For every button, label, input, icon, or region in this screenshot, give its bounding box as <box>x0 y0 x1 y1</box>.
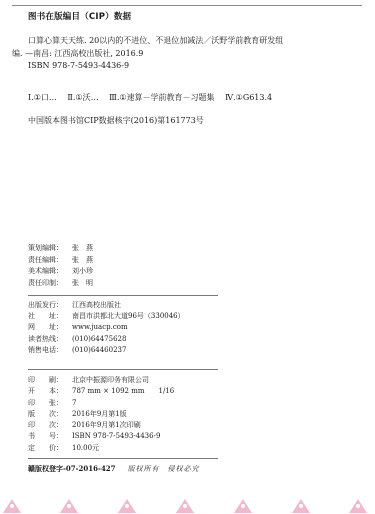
cip-isbn: ISBN 978-7-5493-4436-9 <box>12 60 312 73</box>
print-label: 定 价： <box>28 443 72 454</box>
credit-value: 张 明 <box>72 278 93 290</box>
class-item: Ⅱ.①沃… <box>67 93 98 102</box>
credit-label: 策划编辑： <box>28 243 72 255</box>
print-row: 印 次：2016年9月第1次印刷 <box>28 420 174 431</box>
ornament-triangle-icon <box>234 499 252 513</box>
publisher-label: 网 址： <box>28 322 72 333</box>
print-label: 版 次： <box>28 409 72 420</box>
print-value: 北京中振源印务有限公司 <box>72 375 149 386</box>
class-item: Ⅰ.①口… <box>28 93 57 102</box>
publisher-value: 南昌市洪都北大道96号（330046） <box>72 311 185 322</box>
print-value: 2016年9月第1版 <box>72 409 127 420</box>
print-value: 2016年9月第1次印刷 <box>72 420 141 431</box>
credit-row: 责任印制：张 明 <box>28 278 93 290</box>
print-value: 7 <box>72 398 76 409</box>
top-rule <box>12 5 362 6</box>
print-row: 开 本：787 mm × 1092 mm1/16 <box>28 386 174 397</box>
print-label: 书 号： <box>28 431 72 442</box>
publisher-value: (010)64460237 <box>72 345 126 356</box>
print-label: 开 本： <box>28 386 72 397</box>
ornament-triangle-icon <box>60 499 78 513</box>
print-label: 印 次： <box>28 420 72 431</box>
publisher-row: 社 址：南昌市洪都北大道96号（330046） <box>28 311 185 322</box>
cip-entry-line-1: 口算心算天天练. 20以内的不进位、不退位加减法／沃野学前教育研发组 <box>12 35 312 48</box>
copyright-line: 赣版权登字-07-2016-427版权所有 侵权必究 <box>28 464 200 474</box>
copyright-rights: 版权所有 侵权必究 <box>128 465 200 473</box>
cip-number: 中国版本图书馆CIP数据核字(2016)第161773号 <box>28 115 204 126</box>
credit-label: 责任编辑： <box>28 255 72 267</box>
print-label: 印 张： <box>28 398 72 409</box>
print-format-fraction: 1/16 <box>159 386 175 397</box>
credit-row: 美术编辑：刘小珍 <box>28 266 93 278</box>
publisher-row: 出版发行：江西高校出版社 <box>28 300 185 311</box>
ornament-triangle-icon <box>3 499 21 513</box>
ornament-triangle-icon <box>176 499 194 513</box>
cip-title: 图书在版编目（CIP）数据 <box>28 10 131 22</box>
decorative-border <box>0 496 375 514</box>
publisher-block: 出版发行：江西高校出版社 社 址：南昌市洪都北大道96号（330046） 网 址… <box>28 300 185 356</box>
print-value: ISBN 978-7-5493-4436-9 <box>72 431 160 442</box>
divider <box>28 458 218 459</box>
publisher-label: 销售电话： <box>28 345 72 356</box>
ornament-triangle-icon <box>292 499 310 513</box>
publisher-value: 江西高校出版社 <box>72 300 121 311</box>
cip-classification: Ⅰ.①口… Ⅱ.①沃… Ⅲ.①速算－学前教育－习题集 Ⅳ.①G613.4 <box>28 92 280 103</box>
credit-row: 责任编辑：张 燕 <box>28 255 93 267</box>
print-row: 印 刷：北京中振源印务有限公司 <box>28 375 174 386</box>
print-label: 印 刷： <box>28 375 72 386</box>
publisher-label: 社 址： <box>28 311 72 322</box>
print-value: 10.00元 <box>72 443 99 454</box>
publisher-label: 读者热线： <box>28 334 72 345</box>
print-row: 定 价：10.00元 <box>28 443 174 454</box>
credit-label: 美术编辑： <box>28 266 72 278</box>
print-row: 书 号：ISBN 978-7-5493-4436-9 <box>28 431 174 442</box>
credit-value: 刘小珍 <box>72 266 93 278</box>
cip-entry: 口算心算天天练. 20以内的不进位、不退位加减法／沃野学前教育研发组 编. —南… <box>12 35 312 73</box>
publisher-row: 读者热线：(010)64475628 <box>28 334 185 345</box>
class-item: Ⅲ.①速算－学前教育－习题集 <box>109 93 214 102</box>
credit-row: 策划编辑：张 燕 <box>28 243 93 255</box>
credits-block: 策划编辑：张 燕 责任编辑：张 燕 美术编辑：刘小珍 责任印制：张 明 <box>28 243 93 289</box>
publisher-label: 出版发行： <box>28 300 72 311</box>
credit-value: 张 燕 <box>72 243 93 255</box>
print-row: 版 次：2016年9月第1版 <box>28 409 174 420</box>
publisher-value: (010)64475628 <box>72 334 126 345</box>
credit-label: 责任印制： <box>28 278 72 290</box>
class-item: Ⅳ.①G613.4 <box>225 93 272 102</box>
copyright-registration: 赣版权登字-07-2016-427 <box>28 464 116 473</box>
cip-entry-line-2: 编. —南昌: 江西高校出版社, 2016.9 <box>12 48 312 61</box>
divider <box>28 369 218 370</box>
ornament-triangle-icon <box>349 499 367 513</box>
publisher-value: www.juacp.com <box>72 322 128 333</box>
print-value: 787 mm × 1092 mm <box>72 386 145 397</box>
publisher-row: 网 址：www.juacp.com <box>28 322 185 333</box>
divider <box>28 295 218 296</box>
ornament-triangle-icon <box>118 499 136 513</box>
credit-value: 张 燕 <box>72 255 93 267</box>
print-row: 印 张：7 <box>28 398 174 409</box>
publisher-row: 销售电话：(010)64460237 <box>28 345 185 356</box>
print-block: 印 刷：北京中振源印务有限公司 开 本：787 mm × 1092 mm1/16… <box>28 375 174 454</box>
